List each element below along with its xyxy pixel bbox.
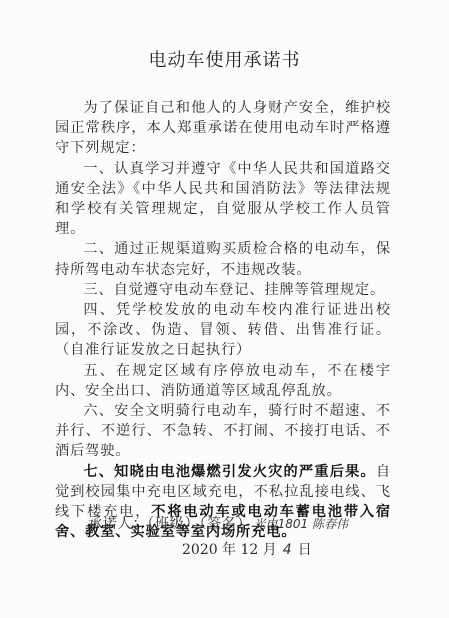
signature-label: 承诺人：（班级）（签名）	[88, 516, 252, 532]
rule-item-4: 四、凭学校发放的电动车校内准行证进出校园，不涂改、伪造、冒领、转借、出售准行证。…	[55, 300, 391, 361]
rule-item-6: 六、安全文明骑行电动车，骑行时不超速、不并行、不逆行、不急转、不打闹、不接打电话…	[55, 401, 391, 462]
document-page: 电动车使用承诺书 为了保证自己和他人的人身财产安全，维护校园正常秩序，本人郑重承…	[0, 0, 449, 618]
rule-item-5: 五、在规定区域有序停放电动车，不在楼宇内、安全出口、消防通道等区域乱停乱放。	[55, 361, 391, 401]
handwritten-day: 4	[283, 542, 292, 558]
rule-item-7-bold-lead: 七、知晓由电池爆燃引发火灾的严重后果。	[83, 464, 376, 480]
handwritten-signature: 光电1801 陈春伟	[254, 517, 348, 531]
rule-item-1: 一、认真学习并遵守《中华人民共和国道路交通安全法》《中华人民共和国消防法》等法律…	[55, 159, 391, 240]
rule-item-2: 二、通过正规渠道购买质检合格的电动车，保持所驾电动车状态完好，不违规改装。	[55, 239, 391, 279]
intro-paragraph: 为了保证自己和他人的人身财产安全，维护校园正常秩序，本人郑重承诺在使用电动车时严…	[55, 98, 391, 159]
date-day-label: 日	[298, 542, 312, 558]
rule-item-3: 三、自觉遵守电动车登记、挂牌等管理规定。	[55, 280, 391, 300]
signature-line: 承诺人：（班级）（签名）光电1801 陈春伟	[88, 513, 348, 533]
date-line: 2020 年 12 月4日	[182, 539, 312, 559]
date-year-month: 2020 年 12 月	[182, 542, 277, 558]
document-title: 电动车使用承诺书	[0, 46, 449, 72]
document-body: 为了保证自己和他人的人身财产安全，维护校园正常秩序，本人郑重承诺在使用电动车时严…	[55, 98, 391, 542]
